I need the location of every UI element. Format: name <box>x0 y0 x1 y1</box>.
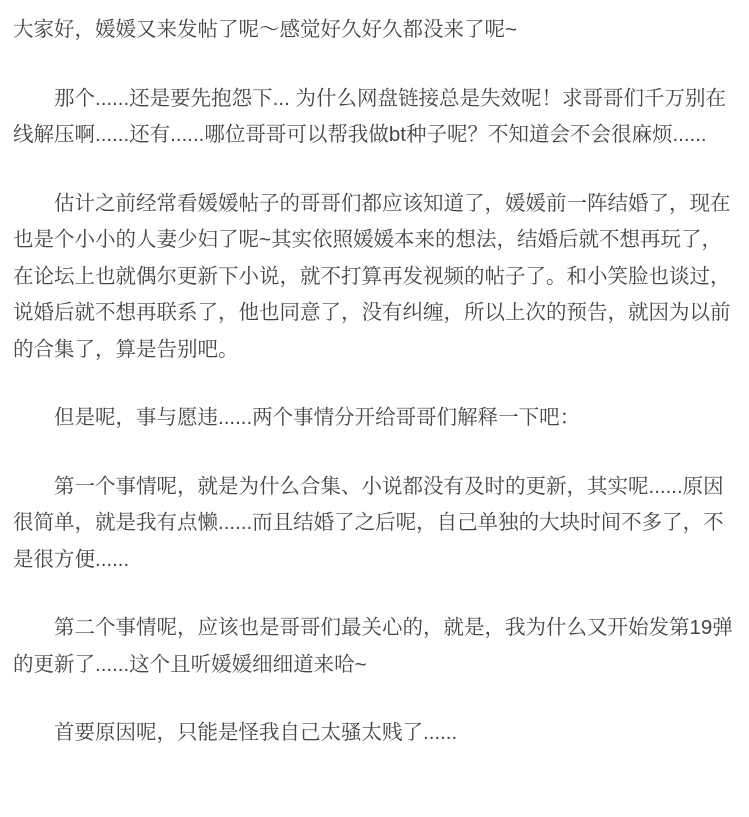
post-paragraph-greeting: 大家好，媛媛又来发帖了呢～感觉好久好久都没来了呢~ <box>13 12 736 49</box>
post-paragraph-marriage-news: 估计之前经常看媛媛帖子的哥哥们都应该知道了，媛媛前一阵结婚了，现在也是个小小的人… <box>13 186 736 369</box>
post-paragraph-main-reason: 首要原因呢，只能是怪我自己太骚太贱了...... <box>13 715 736 752</box>
post-paragraph-two-things-intro: 但是呢，事与愿违......两个事情分开给哥哥们解释一下吧： <box>13 400 736 437</box>
post-content: 大家好，媛媛又来发帖了呢～感觉好久好久都没来了呢~ 那个......还是要先抱怨… <box>0 0 749 772</box>
page: { "page": { "background_color": "#ffffff… <box>0 0 749 817</box>
post-paragraph-second-thing: 第二个事情呢，应该也是哥哥们最关心的，就是，我为什么又开始发第19弹的更新了..… <box>13 610 736 683</box>
post-paragraph-complaint: 那个......还是要先抱怨下... 为什么网盘链接总是失效呢！求哥哥们千万别在… <box>13 81 736 154</box>
post-paragraph-first-thing: 第一个事情呢，就是为什么合集、小说都没有及时的更新，其实呢......原因很简单… <box>13 469 736 579</box>
